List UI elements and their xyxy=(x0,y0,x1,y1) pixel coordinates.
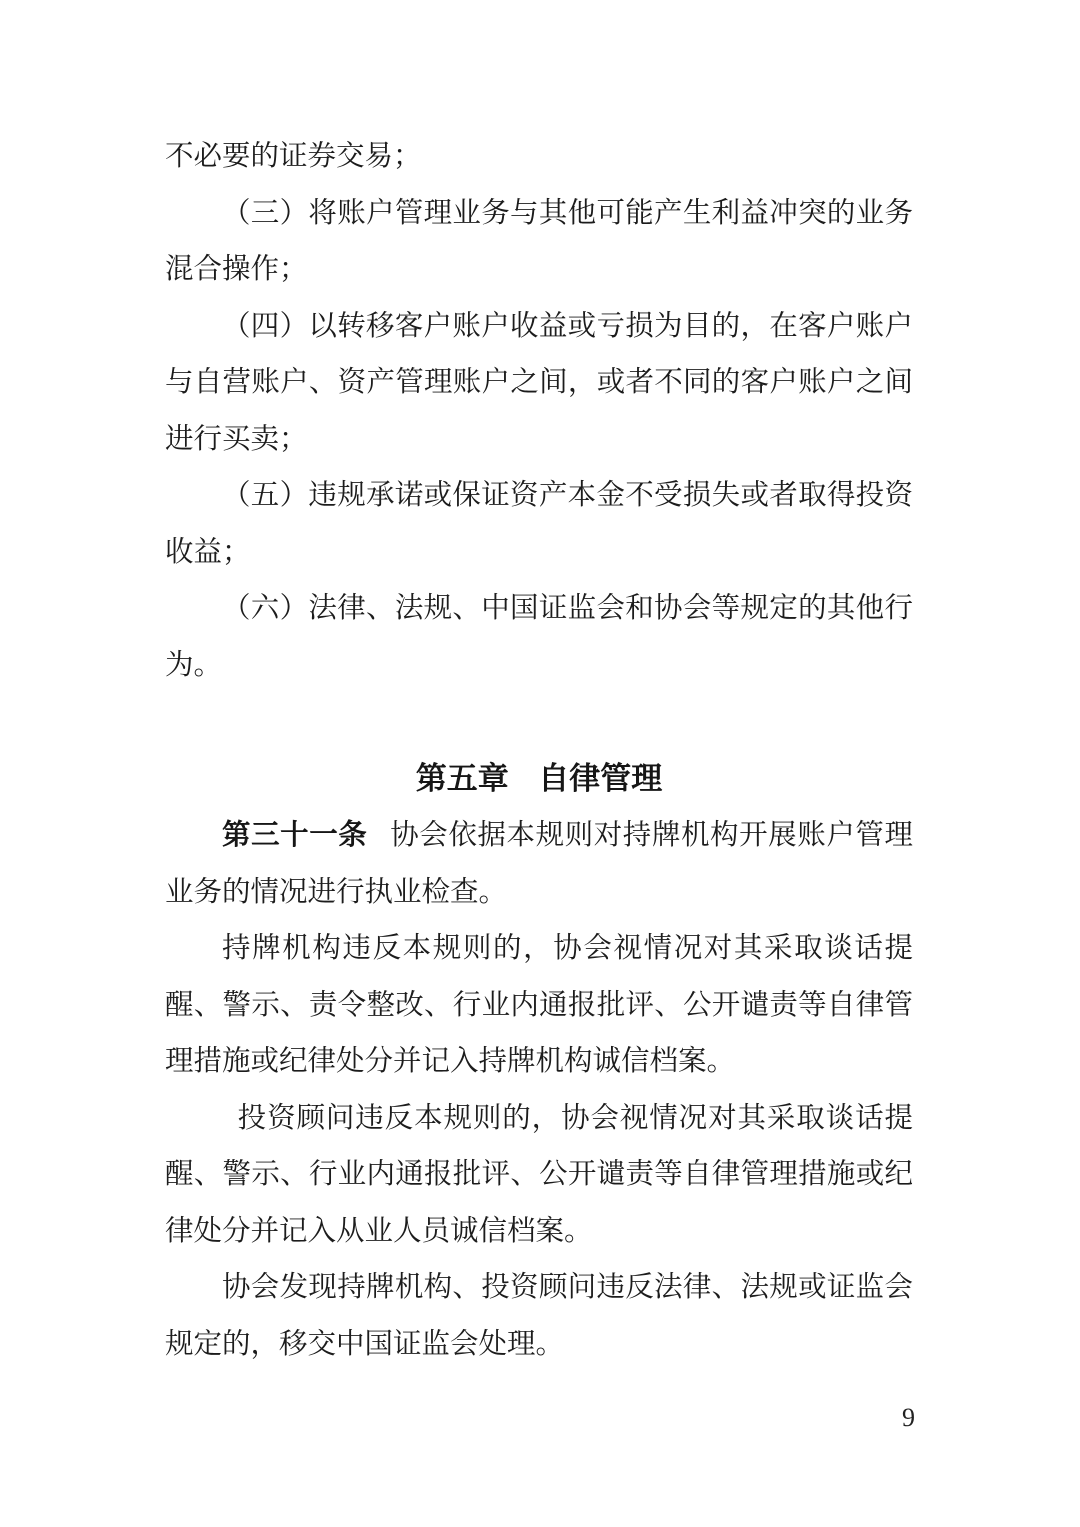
page-number: 9 xyxy=(165,1402,915,1434)
list-item-5: （五）违规承诺或保证资产本金不受损失或者取得投资收益； xyxy=(165,468,913,581)
paragraph-referral-to-csrc: 协会发现持牌机构、投资顾问违反法律、法规或证监会规定的，移交中国证监会处理。 xyxy=(165,1260,913,1373)
chapter-heading: 第五章自律管理 xyxy=(165,751,913,808)
list-item-3: （三）将账户管理业务与其他可能产生利益冲突的业务混合操作； xyxy=(165,186,913,299)
chapter-title: 自律管理 xyxy=(538,761,662,796)
document-body: 不必要的证券交易； （三）将账户管理业务与其他可能产生利益冲突的业务混合操作； … xyxy=(165,129,913,1373)
paragraph-continuation: 不必要的证券交易； xyxy=(165,129,913,186)
article-number: 第三十一条 xyxy=(222,819,367,851)
chapter-number: 第五章 xyxy=(416,761,509,796)
paragraph-investment-advisors: 投资顾问违反本规则的，协会视情况对其采取谈话提醒、警示、行业内通报批评、公开谴责… xyxy=(165,1091,913,1261)
list-item-6: （六）法律、法规、中国证监会和协会等规定的其他行为。 xyxy=(165,581,913,694)
paragraph-licensed-institutions: 持牌机构违反本规则的，协会视情况对其采取谈话提醒、警示、责令整改、行业内通报批评… xyxy=(165,921,913,1091)
article-31-paragraph: 第三十一条协会依据本规则对持牌机构开展账户管理业务的情况进行执业检查。 xyxy=(165,807,913,921)
document-page: 不必要的证券交易； （三）将账户管理业务与其他可能产生利益冲突的业务混合操作； … xyxy=(0,0,1080,1527)
list-item-4: （四）以转移客户账户收益或亏损为目的，在客户账户与自营账户、资产管理账户之间，或… xyxy=(165,299,913,469)
